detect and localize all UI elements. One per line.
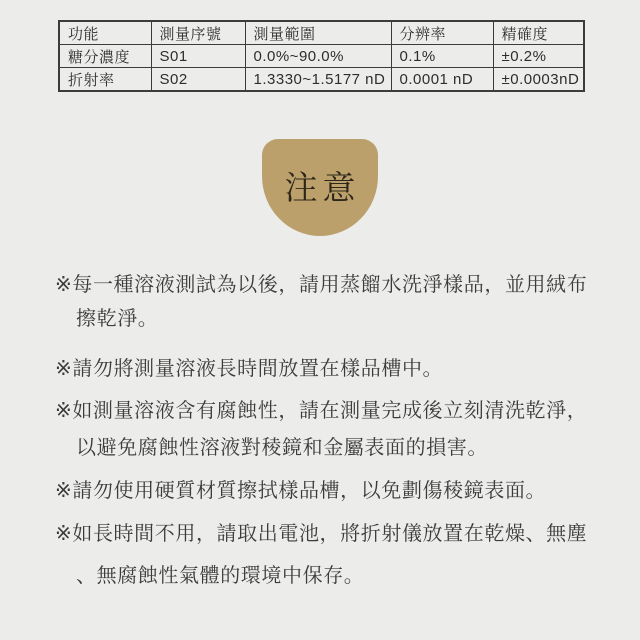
product-info-page: 功能 測量序號 測量範圍 分辨率 精確度 糖分濃度 S01 0.0%~90.0%… xyxy=(0,0,640,640)
table-cell: 折射率 xyxy=(59,68,151,92)
spec-table-row-refractive-index: 折射率 S02 1.3330~1.5177 nD 0.0001 nD ±0.00… xyxy=(59,68,584,92)
note-line: ※如長時間不用，請取出電池，將折射儀放置在乾燥、無塵 xyxy=(55,522,587,546)
spec-table-row-sugar: 糖分濃度 S01 0.0%~90.0% 0.1% ±0.2% xyxy=(59,45,584,68)
table-cell: 0.1% xyxy=(391,45,493,68)
table-cell: S02 xyxy=(151,68,245,92)
notice-badge-label: 注意 xyxy=(280,162,361,209)
note-line: 以避免腐蝕性溶液對稜鏡和金屬表面的損害。 xyxy=(76,436,488,460)
table-cell: 1.3330~1.5177 nD xyxy=(245,68,391,92)
note-line: ※每一種溶液測試為以後，請用蒸餾水洗淨樣品，並用絨布 xyxy=(55,273,587,297)
note-line: 、無腐蝕性氣體的環境中保存。 xyxy=(76,564,364,588)
table-cell: ±0.2% xyxy=(493,45,584,68)
spec-table-header-function: 功能 xyxy=(59,21,151,45)
spec-table-header-accuracy: 精確度 xyxy=(493,21,584,45)
note-line: ※請勿使用硬質材質擦拭樣品槽，以免劃傷稜鏡表面。 xyxy=(55,479,546,503)
table-cell: 0.0%~90.0% xyxy=(245,45,391,68)
table-cell: ±0.0003nD xyxy=(493,68,584,92)
spec-table-header-row: 功能 測量序號 測量範圍 分辨率 精確度 xyxy=(59,21,584,45)
spec-table: 功能 測量序號 測量範圍 分辨率 精確度 糖分濃度 S01 0.0%~90.0%… xyxy=(58,20,585,92)
table-cell: 0.0001 nD xyxy=(391,68,493,92)
spec-table-header-range: 測量範圍 xyxy=(245,21,391,45)
note-line: ※請勿將測量溶液長時間放置在樣品槽中。 xyxy=(55,357,443,381)
table-cell: S01 xyxy=(151,45,245,68)
note-line: 擦乾淨。 xyxy=(76,307,158,331)
note-line: ※如測量溶液含有腐蝕性，請在測量完成後立刻清洗乾淨， xyxy=(55,399,587,423)
spec-table-header-serial: 測量序號 xyxy=(151,21,245,45)
spec-table-header-resolution: 分辨率 xyxy=(391,21,493,45)
table-cell: 糖分濃度 xyxy=(59,45,151,68)
notice-badge: 注意 xyxy=(262,139,378,236)
